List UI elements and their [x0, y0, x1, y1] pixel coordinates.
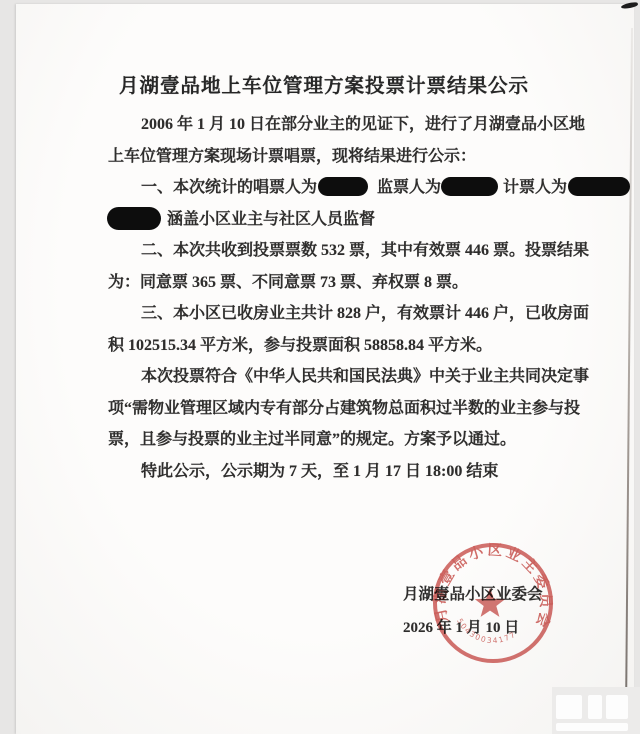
- redaction-box: [107, 207, 161, 230]
- watermark-glyph-block: [556, 723, 628, 731]
- body-line-redacted: 涵盖小区业主与社区人员监督: [108, 204, 556, 236]
- committee-round-seal: 月湖壹品小区业主委员会 50430034177: [423, 533, 563, 673]
- seal-ring-text: 月湖壹品小区业主委员会: [430, 542, 554, 633]
- body-line: 票，且参与投票的业主过半同意”的规定。方案予以通过。: [108, 424, 556, 456]
- seal-star-icon: [475, 588, 505, 617]
- body-line: 三、本小区已收房业主共计 828 户，有效票计 446 户，已收房面: [108, 298, 556, 330]
- redaction-box: [568, 177, 630, 196]
- seal-serial-number: 50430034177: [455, 617, 518, 645]
- body-text-segment: 一、本次统计的唱票人为: [141, 179, 317, 196]
- svg-text:月湖壹品小区业主委员会: 月湖壹品小区业主委员会: [430, 542, 554, 633]
- photo-of-notice: 月湖壹品地上车位管理方案投票计票结果公示 2006 年 1 月 10 日在部分业…: [0, 0, 640, 734]
- body-line: 特此公示，公示期为 7 天，至 1 月 17 日 18:00 结束: [108, 456, 556, 488]
- body-line-redacted: 一、本次统计的唱票人为监票人为计票人为: [108, 172, 556, 204]
- svg-text:50430034177: 50430034177: [455, 617, 518, 645]
- body-line: 上车位管理方案现场计票唱票，现将结果进行公示：: [108, 141, 556, 173]
- body-text-segment: 监票人为: [377, 179, 441, 196]
- body-line: 2006 年 1 月 10 日在部分业主的见证下，进行了月湖壹品小区地: [108, 109, 556, 141]
- watermark-glyph-block: [556, 695, 582, 719]
- body-text-segment: 涵盖小区业主与社区人员监督: [167, 211, 375, 228]
- corner-watermark: [552, 687, 640, 734]
- watermark-glyph-block: [606, 695, 628, 719]
- body-line: 项“需物业管理区域内专有部分占建筑物总面积过半数的业主参与投: [108, 393, 556, 425]
- redaction-box: [318, 177, 368, 196]
- notice-title: 月湖壹品地上车位管理方案投票计票结果公示: [18, 70, 630, 98]
- redaction-box: [441, 177, 498, 196]
- body-line: 积 102515.34 平方米，参与投票面积 58858.84 平方米。: [108, 330, 556, 362]
- watermark-glyph-block: [588, 695, 602, 719]
- notice-body: 2006 年 1 月 10 日在部分业主的见证下，进行了月湖壹品小区地 上车位管…: [108, 109, 556, 487]
- body-text-segment: 计票人为: [503, 179, 567, 196]
- body-line: 二、本次共收到投票票数 532 票，其中有效票 446 票。投票结果: [108, 235, 556, 267]
- body-line: 本次投票符合《中华人民共和国民法典》中关于业主共同决定事: [108, 361, 556, 393]
- body-line: 为：同意票 365 票、不同意票 73 票、弃权票 8 票。: [108, 267, 556, 299]
